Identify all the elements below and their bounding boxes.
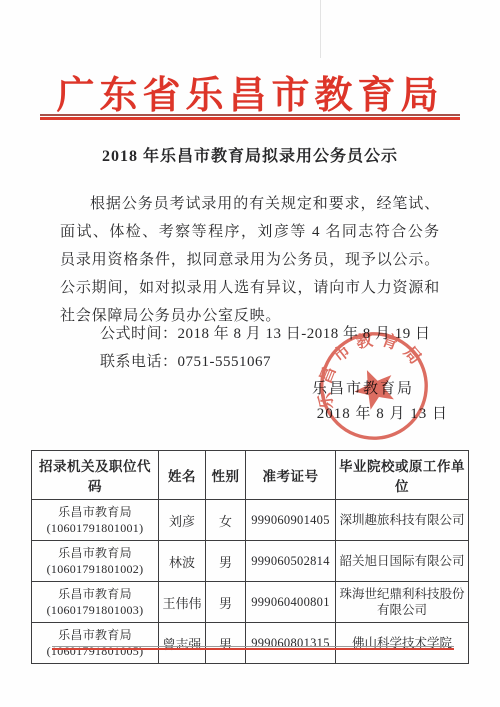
code-cell: (10601791801003) — [34, 602, 156, 618]
document-page: 广东省乐昌市教育局 2018 年乐昌市教育局拟录用公务员公示 根据公务员考试录用… — [0, 0, 500, 707]
letterhead-title: 广东省乐昌市教育局 — [0, 64, 500, 119]
table-row: 乐昌市教育局 (10601791801005) 曾志强 男 9990608013… — [32, 623, 469, 664]
header-exam-no: 准考证号 — [246, 451, 336, 500]
table-row: 乐昌市教育局 (10601791801003) 王伟伟 男 9990604008… — [32, 582, 469, 623]
gender-cell: 男 — [206, 623, 246, 664]
gender-cell: 女 — [206, 500, 246, 541]
name-cell: 王伟伟 — [159, 582, 206, 623]
exam-no-cell: 999060801315 — [246, 623, 336, 664]
announcement-title: 2018 年乐昌市教育局拟录用公务员公示 — [0, 143, 500, 166]
scan-artifact-line — [320, 0, 321, 58]
exam-no-cell: 999060400801 — [246, 582, 336, 623]
candidates-table: 招录机关及职位代码 姓名 性别 准考证号 毕业院校或原工作单位 乐昌市教育局 (… — [31, 450, 469, 664]
name-cell: 刘彦 — [159, 500, 206, 541]
publicity-time-line: 公式时间：2018 年 8 月 13 日-2018 年 8 月 19 日 — [100, 322, 431, 343]
exam-no-cell: 999060502814 — [246, 541, 336, 582]
header-org-code: 招录机关及职位代码 — [32, 451, 159, 500]
org-cell: 乐昌市教育局 — [34, 627, 156, 643]
header-school: 毕业院校或原工作单位 — [336, 451, 469, 500]
signature-org: 乐昌市教育局 — [312, 377, 414, 398]
school-cell: 深圳趣旅科技有限公司 — [336, 500, 469, 541]
header-gender: 性别 — [206, 451, 246, 500]
org-cell: 乐昌市教育局 — [34, 586, 156, 602]
table-row: 乐昌市教育局 (10601791801001) 刘彦 女 99906090140… — [32, 500, 469, 541]
table-header-row: 招录机关及职位代码 姓名 性别 准考证号 毕业院校或原工作单位 — [32, 451, 469, 500]
gender-cell: 男 — [206, 541, 246, 582]
footer-divider — [52, 646, 454, 650]
org-cell: 乐昌市教育局 — [34, 504, 156, 520]
contact-phone-line: 联系电话：0751-5551067 — [100, 350, 271, 371]
name-cell: 林波 — [159, 541, 206, 582]
exam-no-cell: 999060901405 — [246, 500, 336, 541]
code-cell: (10601791801002) — [34, 561, 156, 577]
announcement-paragraph: 根据公务员考试录用的有关规定和要求，经笔试、面试、体检、考察等程序，刘彦等 4 … — [60, 190, 440, 330]
school-cell: 佛山科学技术学院 — [336, 623, 469, 664]
school-cell: 珠海世纪鼎利科技股份有限公司 — [336, 582, 469, 623]
name-cell: 曾志强 — [159, 623, 206, 664]
signature-date: 2018 年 8 月 13 日 — [317, 402, 448, 423]
school-cell: 韶关旭日国际有限公司 — [336, 541, 469, 582]
table-row: 乐昌市教育局 (10601791801002) 林波 男 99906050281… — [32, 541, 469, 582]
gender-cell: 男 — [206, 582, 246, 623]
code-cell: (10601791801001) — [34, 520, 156, 536]
org-cell: 乐昌市教育局 — [34, 545, 156, 561]
header-name: 姓名 — [159, 451, 206, 500]
letterhead-divider — [40, 114, 460, 120]
